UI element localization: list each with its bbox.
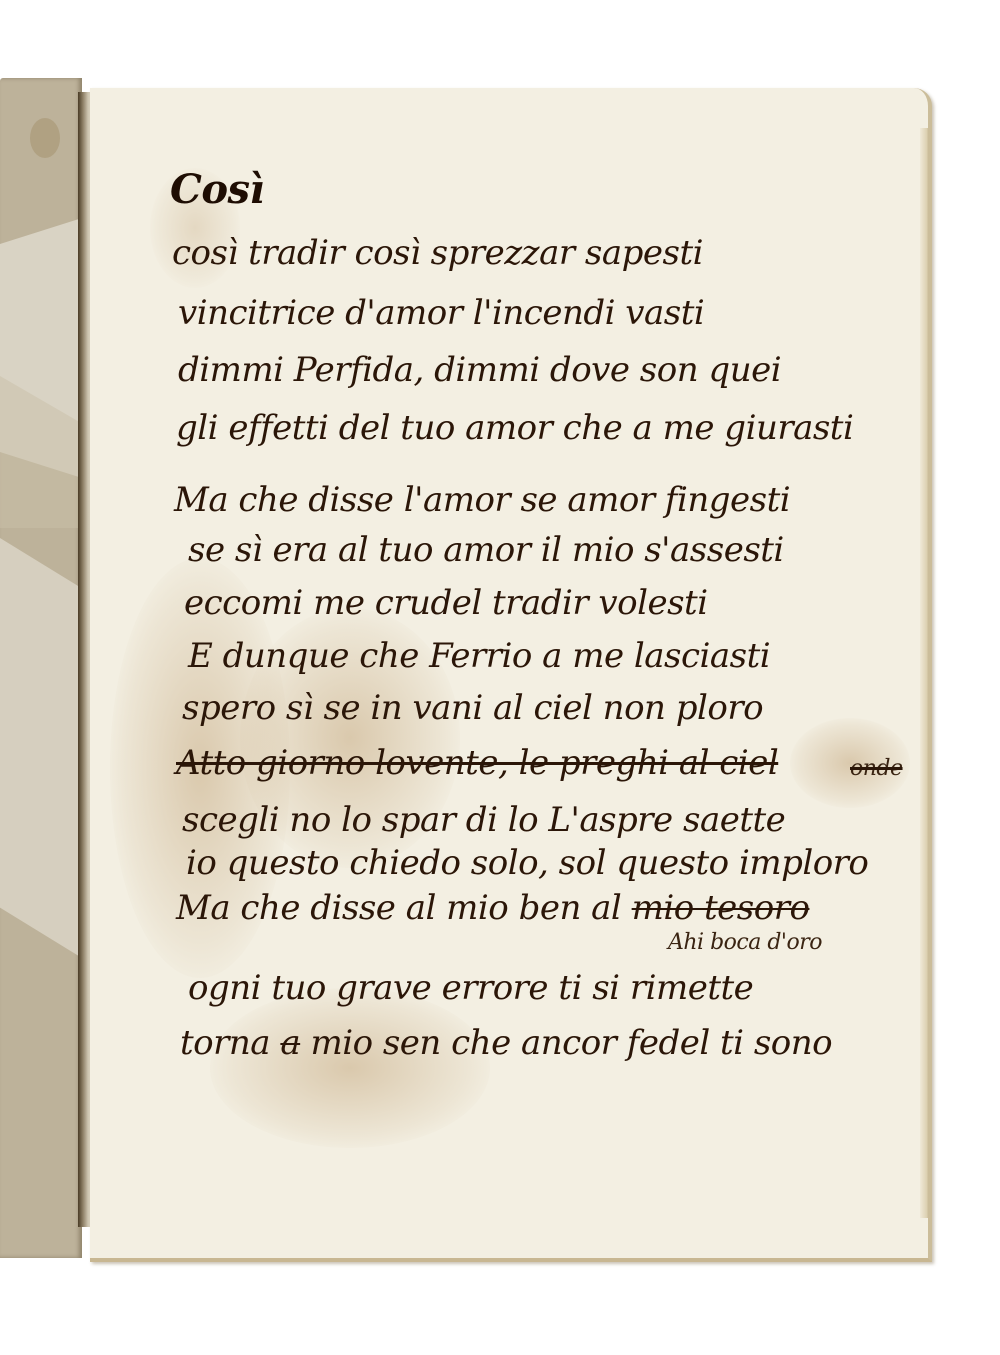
text-line: scegli no lo spar di lo L'aspre saette bbox=[182, 800, 785, 840]
heading: Così bbox=[170, 166, 264, 213]
text-segment: Ma che disse al mio ben al bbox=[176, 888, 632, 928]
cover-paper-patch bbox=[0, 538, 82, 958]
text-segment: mio sen che ancor fedel ti sono bbox=[300, 1023, 832, 1063]
text-line: ogni tuo grave errore ti si rimette bbox=[188, 968, 753, 1008]
cover-stain bbox=[30, 118, 60, 158]
text-line-with-correction: Ma che disse al mio ben al mio tesoro bbox=[176, 888, 809, 928]
text-line: gli effetti del tuo amor che a me giuras… bbox=[176, 408, 853, 448]
text-line: vincitrice d'amor l'incendi vasti bbox=[178, 293, 704, 333]
text-line: E dunque che Ferrio a me lasciasti bbox=[188, 636, 770, 676]
text-line: così tradir così sprezzar sapesti bbox=[172, 233, 703, 273]
text-segment: torna bbox=[180, 1023, 280, 1063]
text-line-with-correction: torna a mio sen che ancor fedel ti sono bbox=[180, 1023, 832, 1063]
struck-text-line: Atto giorno lovente, le preghi al ciel bbox=[176, 743, 778, 783]
handwritten-text: Così così tradir così sprezzar sapesti v… bbox=[90, 88, 928, 1258]
text-line: spero sì se in vani al ciel non ploro bbox=[182, 688, 763, 728]
struck-word: a bbox=[280, 1023, 300, 1063]
text-line: se sì era al tuo amor il mio s'assesti bbox=[188, 530, 784, 570]
struck-margin-note: onde bbox=[850, 756, 903, 781]
struck-words: mio tesoro bbox=[632, 888, 810, 928]
text-line: io questo chiedo solo, sol questo implor… bbox=[186, 843, 868, 883]
book-cover-board bbox=[0, 78, 82, 1258]
text-line: Ma che disse l'amor se amor fingesti bbox=[174, 480, 790, 520]
text-line: eccomi me crudel tradir volesti bbox=[184, 583, 708, 623]
text-line: dimmi Perfida, dimmi dove son quei bbox=[178, 350, 781, 390]
interlinear-correction: Ahi boca d'oro bbox=[668, 930, 822, 955]
manuscript-page: Così così tradir così sprezzar sapesti v… bbox=[90, 88, 932, 1262]
